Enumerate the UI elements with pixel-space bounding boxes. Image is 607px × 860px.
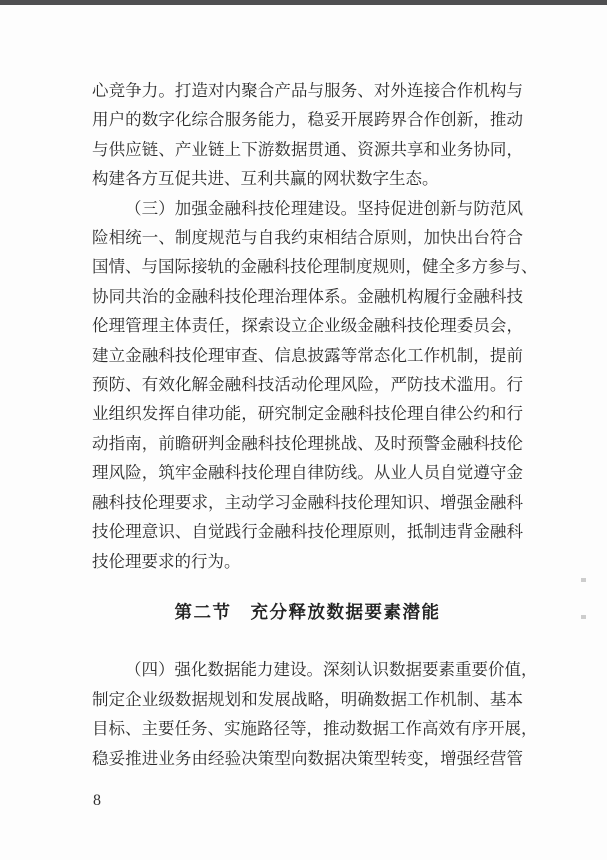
paragraph: （三）加强金融科技伦理建设。坚持促进创新与防范风 险相统一、制度规范与自我约束相… <box>92 194 523 576</box>
text-line: （四）强化数据能力建设。深刻认识数据要素重要价值， <box>92 655 523 684</box>
page-body: 心竞争力。打造对内聚合产品与服务、对外连接合作机构与 用户的数字化综合服务能力，… <box>92 76 523 773</box>
text-line: 国情、与国际接轨的金融科技伦理制度规则，健全多方参与、 <box>92 252 523 281</box>
page-number: 8 <box>93 792 101 810</box>
text-line: 预防、有效化解金融科技活动伦理风险，严防技术滥用。行 <box>92 370 523 399</box>
text-line: 业组织发挥自律功能，研究制定金融科技伦理自律公约和行 <box>92 399 523 428</box>
text-line: 与供应链、产业链上下游数据贯通、资源共享和业务协同， <box>92 135 523 164</box>
scan-artifact <box>581 578 586 582</box>
paragraph: 心竞争力。打造对内聚合产品与服务、对外连接合作机构与 用户的数字化综合服务能力，… <box>92 76 523 194</box>
text-line: 技伦理意识、自觉践行金融科技伦理原则，抵制违背金融科 <box>92 517 523 546</box>
text-line: 构建各方互促共进、互利共赢的网状数字生态。 <box>92 164 523 193</box>
text-line: 动指南，前瞻研判金融科技伦理挑战、及时预警金融科技伦 <box>92 429 523 458</box>
section-heading: 第二节 充分释放数据要素潜能 <box>92 598 523 627</box>
scan-edge-bar <box>0 0 607 5</box>
text-line: 融科技伦理要求，主动学习金融科技伦理知识、增强金融科 <box>92 488 523 517</box>
text-line: 稳妥推进业务由经验决策型向数据决策型转变，增强经营管 <box>92 744 523 773</box>
text-line: （三）加强金融科技伦理建设。坚持促进创新与防范风 <box>92 194 523 223</box>
text-line: 用户的数字化综合服务能力，稳妥开展跨界合作创新，推动 <box>92 105 523 134</box>
text-line: 制定企业级数据规划和发展战略，明确数据工作机制、基本 <box>92 685 523 714</box>
text-line: 建立金融科技伦理审查、信息披露等常态化工作机制，提前 <box>92 341 523 370</box>
text-line: 目标、主要任务、实施路径等，推动数据工作高效有序开展， <box>92 714 523 743</box>
text-line: 技伦理要求的行为。 <box>92 547 523 576</box>
text-line: 协同共治的金融科技伦理治理体系。金融机构履行金融科技 <box>92 282 523 311</box>
paragraph: （四）强化数据能力建设。深刻认识数据要素重要价值， 制定企业级数据规划和发展战略… <box>92 655 523 773</box>
scan-artifact <box>581 615 586 619</box>
text-line: 伦理管理主体责任，探索设立企业级金融科技伦理委员会， <box>92 311 523 340</box>
text-line: 心竞争力。打造对内聚合产品与服务、对外连接合作机构与 <box>92 76 523 105</box>
text-line: 理风险，筑牢金融科技伦理自律防线。从业人员自觉遵守金 <box>92 458 523 487</box>
text-line: 险相统一、制度规范与自我约束相结合原则，加快出台符合 <box>92 223 523 252</box>
